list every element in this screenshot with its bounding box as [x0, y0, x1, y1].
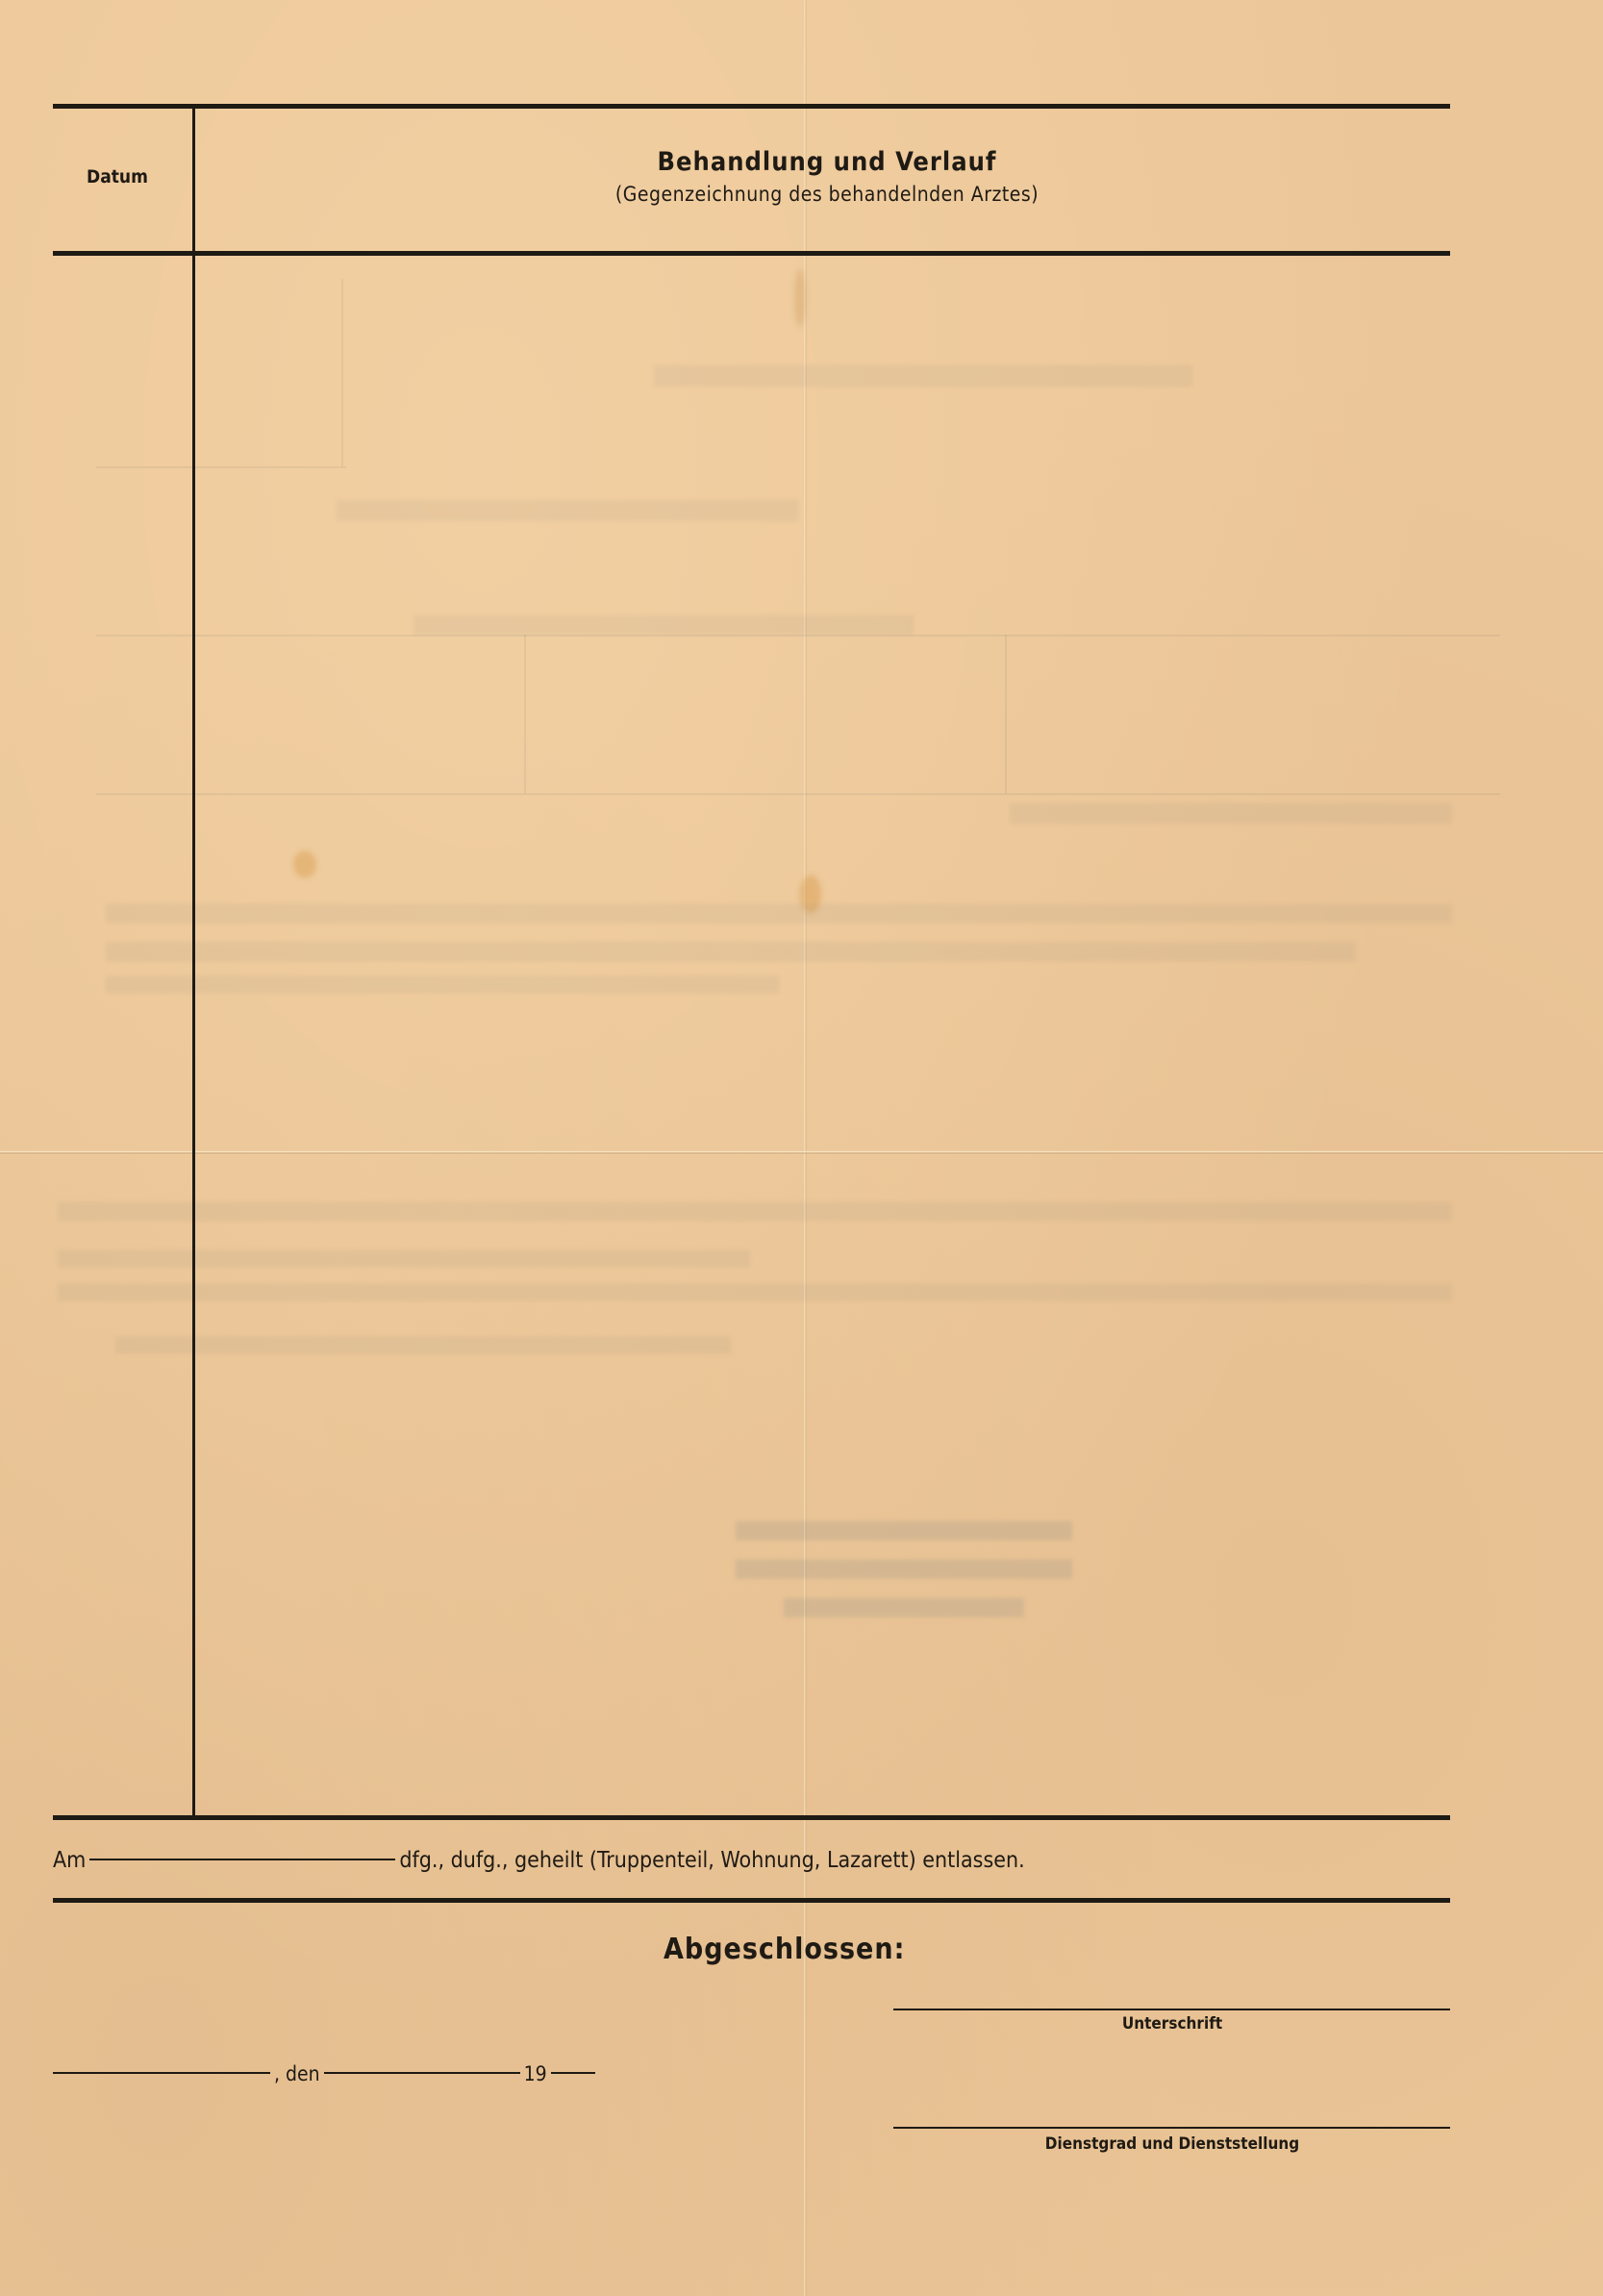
discharge-text: dfg., dufg., geheilt (Truppenteil, Wohnu…	[399, 1848, 1024, 1873]
rank-line[interactable]	[893, 2127, 1450, 2129]
header-bottom-rule	[53, 251, 1450, 256]
table-bottom-rule	[53, 1815, 1450, 1820]
table-top-rule	[53, 104, 1450, 109]
discharge-row: Am dfg., dufg., geheilt (Truppenteil, Wo…	[53, 1848, 1025, 1873]
treatment-subtitle: (Gegenzeichnung des behandelnden Arztes)	[0, 183, 1603, 206]
treatment-entry-cell[interactable]	[197, 258, 1450, 1813]
body-column-divider	[192, 256, 195, 1815]
discharge-prefix: Am	[53, 1848, 86, 1873]
signature-label: Unterschrift	[893, 2014, 1451, 2034]
discharge-bottom-rule	[53, 1898, 1450, 1903]
date-separator: , den	[274, 2062, 320, 2085]
place-date-row: , den 19	[53, 2062, 599, 2085]
year-field[interactable]	[551, 2072, 595, 2074]
day-month-field[interactable]	[324, 2072, 520, 2074]
closed-heading: Abgeschlossen:	[664, 1933, 905, 1966]
discharge-date-field[interactable]	[89, 1859, 395, 1860]
rank-label: Dienstgrad und Dienststellung	[893, 2134, 1451, 2154]
date-entry-cell[interactable]	[53, 258, 190, 1813]
year-prefix: 19	[524, 2062, 547, 2085]
treatment-column-header: Behandlung und Verlauf (Gegenzeichnung d…	[0, 147, 1603, 206]
treatment-title: Behandlung und Verlauf	[0, 147, 1603, 177]
signature-line[interactable]	[893, 2009, 1450, 2010]
place-field[interactable]	[53, 2072, 270, 2074]
